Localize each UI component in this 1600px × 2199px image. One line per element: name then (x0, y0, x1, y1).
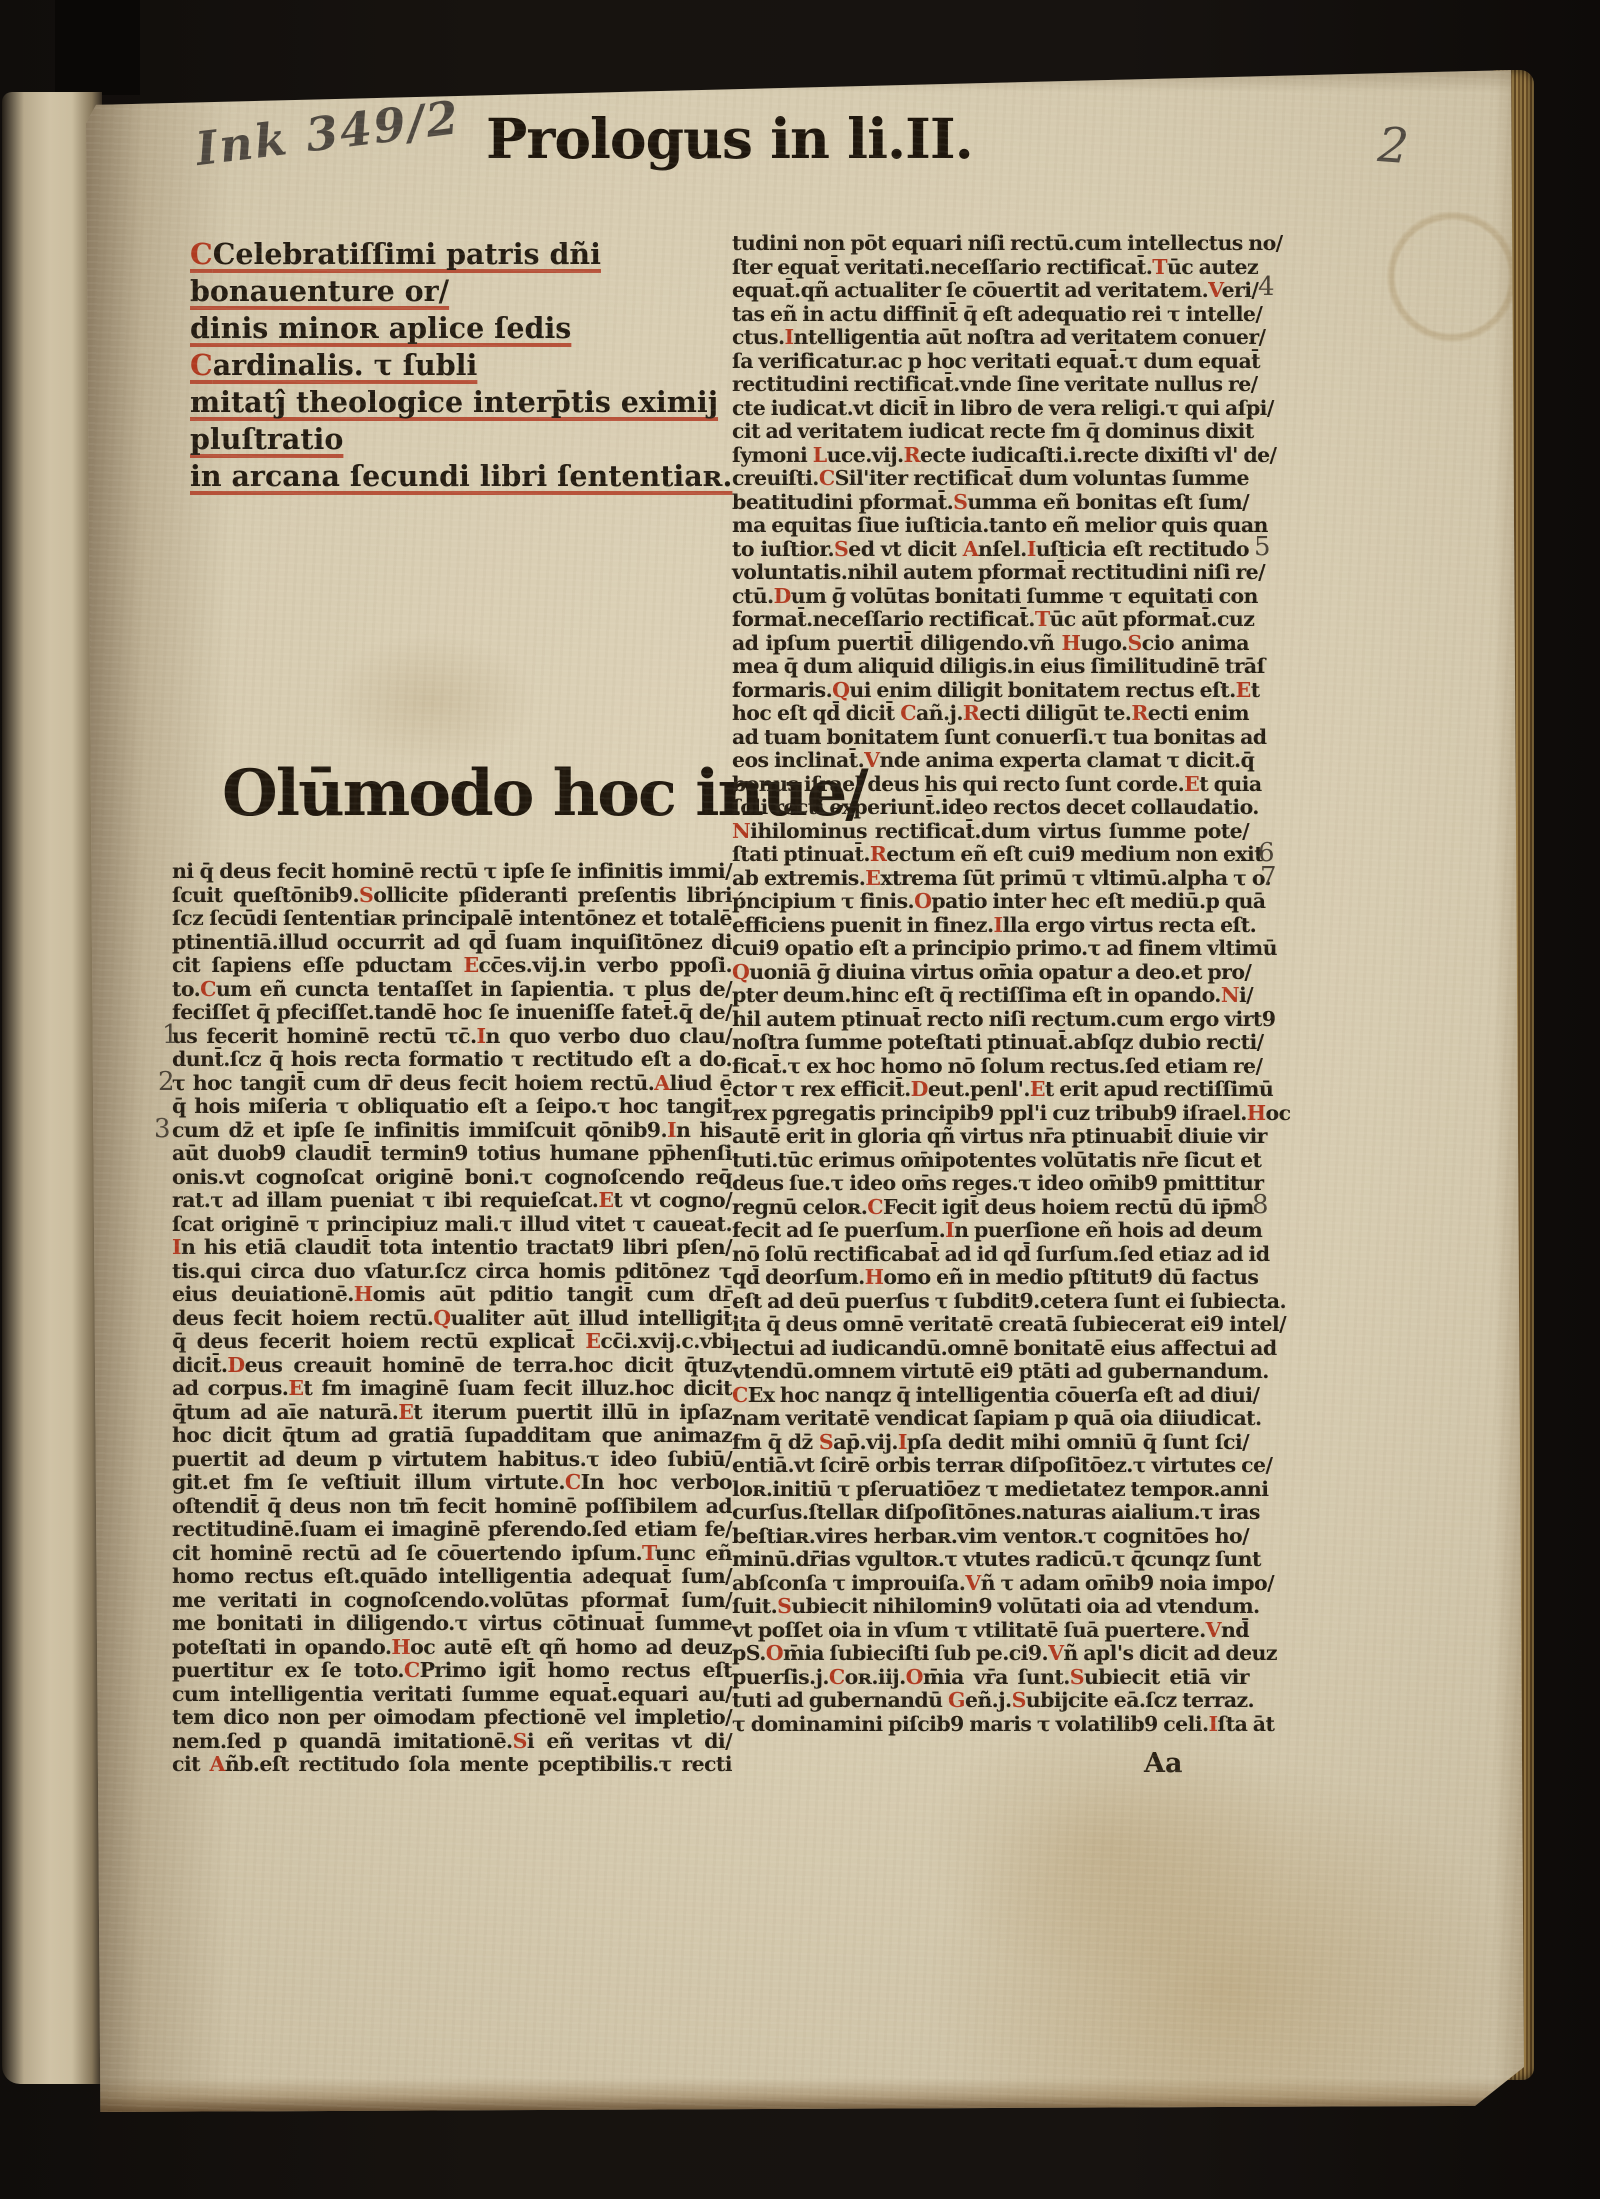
rubricated-letter: C (819, 466, 835, 490)
text-line: ctū.Dum ḡ volūtas bonitati ſumme τ equit… (732, 585, 1249, 609)
margin-number-8: 8 (1252, 1190, 1269, 1220)
rubricated-letter: I (994, 913, 1003, 937)
text-line: cui9 opatio eſt a principio primo.τ ad f… (732, 937, 1249, 961)
text-line: loʀ.initiū τ pſeruatiōez τ medietatez te… (732, 1478, 1249, 1502)
rubricated-letter: C (900, 701, 916, 725)
rubricated-letter: I (476, 1024, 485, 1048)
text-line: ſtati ptinuat̄.Rectum eñ eſt cui9 medium… (732, 843, 1249, 867)
text-line: dicit̄.Deus creauit hominē de terra.hoc … (172, 1354, 732, 1378)
text-line: efficiens puenit in finez.Illa ergo virt… (732, 914, 1249, 938)
rubricated-letter: E (398, 1400, 413, 1424)
text-line: onis.vt cognoſcat originē boni.τ cognoſc… (172, 1166, 732, 1190)
text-line: deus fecit hoiem rectū.Qualiter aūt illu… (172, 1307, 732, 1331)
text-line: puertitur ex ſe toto.CPrimo igit̄ homo r… (172, 1659, 732, 1683)
rubricated-letter: V (1206, 1618, 1221, 1642)
rubricated-letter: O (906, 1665, 923, 1689)
running-title: Prologus in li.II. (486, 106, 973, 171)
text-line: cum intelligentia veritati ſumme equat̄.… (172, 1683, 732, 1707)
text-line: us fecerit hominē rectū τc̄.In quo verbo… (172, 1025, 732, 1049)
rubricated-letter: I (172, 1235, 181, 1259)
text-line: Nihilominus rectificat̄.dum virtus ſumme… (732, 820, 1249, 844)
text-line: q̄ hois miſeria τ obliquatio eſt a ſeipo… (172, 1095, 732, 1119)
text-line: rectitudini rectificat̄.vnde ſine verita… (732, 373, 1249, 397)
rubricated-letter: V (864, 748, 879, 772)
rubricated-letter: S (1070, 1665, 1084, 1689)
text-line: qd̄ deorſum.Homo eñ in medio pſtitut9 dū… (732, 1266, 1249, 1290)
rubricated-letter: C (829, 1665, 845, 1689)
rubricated-letter: C (190, 348, 213, 382)
rubricated-letter: T (1035, 607, 1050, 631)
text-line: regnū celoʀ.CFecit igit̄ deus hoiem rect… (732, 1196, 1249, 1220)
facing-page-edge (2, 92, 102, 2084)
text-line: fm q̄ dz̄ Sap̄.vij.Ipſa dedit mihi omniū… (732, 1431, 1249, 1455)
text-line: noſtra ſumme poteſtati ptinuat̄.abſqz du… (732, 1031, 1249, 1055)
text-line: in arcana ſecundi libri ſententiaʀ. (190, 458, 738, 495)
text-line: mitatĵ theologice interp̄tis eximij pluſ… (190, 384, 738, 458)
text-line: eius deuiationē.Homis aūt pditio tangit̄… (172, 1283, 732, 1307)
rubricated-letter: I (898, 1430, 907, 1454)
rubricated-letter: H (354, 1282, 373, 1306)
text-line: voluntatis.nihil autem pformat̄ rectitud… (732, 561, 1249, 585)
text-line: cit ad veritatem iudicat recte fm q̄ dom… (732, 420, 1249, 444)
rubricated-letter: I (1027, 537, 1036, 561)
text-line: ad corpus.Et fm imaginē ſuam fecit illuz… (172, 1377, 732, 1401)
text-line: oſtendit̄ q̄ deus non tm̄ fecit hominē p… (172, 1495, 732, 1519)
text-line: ni q̄ deus fecit hominē rectū τ ipſe ſe … (172, 860, 732, 884)
rubricated-letter: T (1152, 255, 1167, 279)
text-line: ctus.Intelligentia aūt noſtra ad veritat… (732, 326, 1249, 350)
text-line: mea q̄ dum aliquid diligis.in eius ſimil… (732, 655, 1249, 679)
text-line: minū.dr̄ias vgultoʀ.τ vtutes radicū.τ q̄… (732, 1548, 1249, 1572)
text-line: CEx hoc nanqz q̄ intelligentia cōuerſa e… (732, 1384, 1249, 1408)
text-line: eos inclinat̄.Vnde anima experta clamat … (732, 749, 1249, 773)
rubricated-letter: E (288, 1376, 303, 1400)
text-line: CCelebratiſſimi patris dñi bonauenture o… (190, 236, 738, 310)
text-line: nam veritatē vendicat ſapiam p quā oia d… (732, 1407, 1249, 1431)
rubricated-letter: A (963, 537, 978, 561)
rubricated-letter: H (865, 1265, 884, 1289)
text-line: ſcuit queſtōnib9.Sollicite pſideranti pr… (172, 884, 732, 908)
text-line: q̄tum ad aīe naturā.Et iterum puertit il… (172, 1401, 732, 1425)
text-line: ma equitas ſiue iuſticia.tanto eñ melior… (732, 514, 1249, 538)
rubricated-letter: L (813, 443, 827, 467)
rubricated-letter: H (1061, 631, 1080, 655)
rubricated-letter: S (1128, 631, 1142, 655)
text-line: puertit ad deum p virtutem habitus.τ ide… (172, 1448, 732, 1472)
text-line: rectitudinē.ſuam ei imaginē pferendo.ſed… (172, 1518, 732, 1542)
text-line: cit ſapiens eſſe pductam Ecc̄es.vij.in v… (172, 954, 732, 978)
rubricated-letter: I (785, 325, 794, 349)
text-line: cit hominē rectū ad ſe cōuertendo ipſum.… (172, 1542, 732, 1566)
text-line: vtendū.omnem virtutē ei9 ptāti ad gubern… (732, 1360, 1249, 1384)
text-line: feciſſet q̄ pfeciſſet.tandē hoc ſe inuen… (172, 1001, 732, 1025)
text-line: ptinentiā.illud occurrit ad qd̄ ſuam inq… (172, 931, 732, 955)
text-line: deus ſue.τ ideo om̄s reges.τ ideo om̄ib9… (732, 1172, 1249, 1196)
text-line: poteſtati in opando.Hoc autē eſt qñ homo… (172, 1636, 732, 1660)
binding-shadow (55, 0, 140, 95)
margin-number-7: 7 (1260, 862, 1277, 892)
text-line: cte iudicat.vt dicit̄ in libro de vera r… (732, 397, 1249, 421)
text-line: aūt duob9 claudit̄ termin9 totius humane… (172, 1142, 732, 1166)
text-line: bonus iſrael deus his qui recto ſunt cor… (732, 773, 1249, 797)
rubricated-letter: A (210, 1752, 225, 1776)
rubricated-letter: V (1048, 1641, 1063, 1665)
text-line: entiā.vt ſcirē orbis terraʀ diſpoſitōez.… (732, 1454, 1249, 1478)
text-line: ab extremis.Extrema ſūt primū τ vltimū.a… (732, 867, 1249, 891)
text-line: ctor τ rex efficit̄.Deut.penl'.Et erit a… (732, 1078, 1249, 1102)
rubricated-letter: N (1221, 983, 1239, 1007)
text-line: ita q̄ deus omnē veritatē creatā ſubiece… (732, 1313, 1249, 1337)
rubricated-letter: E (598, 1188, 613, 1212)
rubricated-letter: E (1236, 678, 1251, 702)
text-line: hil autem ptinuat̄ recto niſi rectum.cum… (732, 1008, 1249, 1032)
rubricated-letter: S (834, 537, 848, 561)
text-line: dunt̄.ſcz q̄ hois recta formatio τ recti… (172, 1048, 732, 1072)
text-line: tem dico non per oimodam pfectionē vel i… (172, 1706, 732, 1730)
rubricated-letter: R (870, 842, 886, 866)
text-line: In his etiā claudit̄ tota intentio tract… (172, 1236, 732, 1260)
text-line: cum dz̄ et ipſe ſe infinitis immiſcuit q… (172, 1119, 732, 1143)
rubricated-letter: I (1209, 1712, 1218, 1736)
rubricated-letter: I (945, 1218, 954, 1242)
rubricated-letter: S (513, 1729, 527, 1753)
text-line: dinis minoʀ aplice ſedis Cardinalis. τ ſ… (190, 310, 738, 384)
folio-number: 2 (1376, 117, 1410, 175)
text-line: nem.ſed p quandā imitationē.Si eñ verita… (172, 1730, 732, 1754)
text-line: ſuit.Subiecit nihilomin9 volūtati oia ad… (732, 1595, 1249, 1619)
rubricated-letter: E (1184, 772, 1199, 796)
margin-number-4: 4 (1258, 272, 1275, 302)
text-line: nō ſolū rectificabat̄ ad id qd̄ ſurſum.ſ… (732, 1243, 1249, 1267)
text-line: beſtiaʀ.vires herbaʀ.vim ventoʀ.τ cognit… (732, 1525, 1249, 1549)
text-line: me bonitati in diligendo.τ virtus cōtinu… (172, 1612, 732, 1636)
rubricated-letter: C (732, 1383, 748, 1407)
text-line: equat̄.qñ actualiter ſe cōuertit ad veri… (732, 279, 1249, 303)
rubricated-letter: C (190, 237, 213, 271)
text-line: homo rectus eſt.quādo intelligentia adeq… (172, 1565, 732, 1589)
text-line: ad tuam bonitatem ſunt conuerſi.τ tua bo… (732, 726, 1249, 750)
text-line: ṕncipium τ finis.Opatio inter hec eſt me… (732, 890, 1249, 914)
rubricated-letter: D (774, 584, 791, 608)
rubricated-letter: E (463, 953, 478, 977)
rubricated-letter: R (904, 443, 920, 467)
text-column-left: ni q̄ deus fecit hominē rectū τ ipſe ſe … (172, 860, 732, 1777)
text-line: me veritati in cognoſcendo.volūtas pform… (172, 1589, 732, 1613)
rubricated-letter: H (1247, 1101, 1266, 1125)
rubricated-letter: R (963, 701, 979, 725)
text-column-right: tudini non pōt equari niſi rectū.cum int… (732, 232, 1249, 1736)
text-line: ſa verificatur.ac p hoc veritati equat̄.… (732, 350, 1249, 374)
text-line: vt poſſet oia in vſum τ vtilitatē ſuā pu… (732, 1619, 1249, 1643)
rubricated-letter: T (642, 1541, 655, 1565)
text-line: ſcat originē τ principiuz mali.τ illud v… (172, 1213, 732, 1237)
text-line: τ hoc tangit̄ cum dr̄ deus fecit hoiem r… (172, 1072, 732, 1096)
text-line: lectui ad iudicandū.omnē bonitatē eius a… (732, 1337, 1249, 1361)
rubricated-letter: D (227, 1353, 244, 1377)
text-line: curſus.ſtellaʀ diſpoſitōnes.naturas aial… (732, 1501, 1249, 1525)
book-page: Ink 349/2 Prologus in li.II. 2 CCelebrat… (86, 66, 1524, 2112)
rubricated-letter: Q (732, 960, 749, 984)
rubricated-letter: O (766, 1641, 783, 1665)
rubric-heading: CCelebratiſſimi patris dñi bonauenture o… (190, 236, 738, 495)
text-line: ficat̄.τ ex hoc homo nō ſolum rectus.ſed… (732, 1055, 1249, 1079)
rubricated-letter: O (914, 889, 931, 913)
text-line: eſt ad deū puerſus τ ſubdit9.cetera ſunt… (732, 1290, 1249, 1314)
rubricated-letter: S (1012, 1688, 1026, 1712)
margin-number-2: 2 (158, 1067, 175, 1097)
text-line: ſoli recti experiunt̄.ideo rectos decet … (732, 796, 1249, 820)
text-line: fecit ad ſe puerſum.In puerſione eñ hois… (732, 1219, 1249, 1243)
rubricated-letter: D (911, 1077, 928, 1101)
text-line: tis.qui circa duo vſatur.ſcz circa homis… (172, 1260, 732, 1284)
handwritten-shelfmark: Ink 349/2 (193, 90, 463, 176)
rubricated-letter: R (1131, 701, 1147, 725)
text-line: abſconſa τ improuiſa.Vñ τ adam om̄ib9 no… (732, 1572, 1249, 1596)
text-line: pS.Om̄ia ſubieciſti ſub pe.ci9.Vñ apl's … (732, 1642, 1249, 1666)
rubricated-letter: H (391, 1635, 410, 1659)
rubricated-letter: C (867, 1195, 883, 1219)
text-line: formaris.Qui enim diligit bonitatem rect… (732, 679, 1249, 703)
text-line: Quoniā ḡ diuina virtus om̄ia opatur a de… (732, 961, 1249, 985)
margin-number-5: 5 (1254, 532, 1271, 562)
rubricated-letter: I (667, 1118, 676, 1142)
rubricated-letter: A (654, 1071, 669, 1095)
text-line: beatitudini pformat̄.Summa eñ bonitas eſ… (732, 491, 1249, 515)
rubricated-letter: G (948, 1688, 965, 1712)
text-line: hoc dicit q̄tum ad gratiā ſupadditam que… (172, 1424, 732, 1448)
margin-number-3: 3 (154, 1114, 171, 1144)
rubricated-letter: V (1208, 278, 1221, 302)
quire-signature: Aa (1144, 1748, 1182, 1779)
rubricated-letter: E (585, 1329, 600, 1353)
rubricated-letter: N (732, 819, 750, 843)
text-line: pter deum.hinc eſt q̄ rectiſſima eſt in … (732, 984, 1249, 1008)
rubricated-letter: S (777, 1594, 791, 1618)
text-line: autē erit in gloria qñ virtus nr̄a ptinu… (732, 1125, 1249, 1149)
rubricated-letter: S (359, 883, 373, 907)
rubricated-letter: Q (433, 1306, 450, 1330)
rubricated-letter: C (404, 1658, 420, 1682)
rubricated-letter: E (1030, 1077, 1045, 1101)
text-line: ad ipſum puertit̄ diligendo.vñ Hugo.Scio… (732, 632, 1249, 656)
text-line: rex pgregatis principib9 ppl'i cuz tribu… (732, 1102, 1249, 1126)
text-line: hoc eſt qd̄ dicit̄ Cañ.j.Recti diligūt t… (732, 702, 1249, 726)
text-line: creuiſti.CSil'iter rectificat̄ dum volun… (732, 467, 1249, 491)
rubricated-letter: S (819, 1430, 833, 1454)
margin-number-1: 1 (162, 1020, 179, 1050)
text-line: ſter equat̄ veritati.neceſſario rectific… (732, 256, 1249, 280)
rubricated-letter: E (865, 866, 880, 890)
rubricated-letter: S (953, 490, 967, 514)
text-line: tuti ad gubernandū Geñ.j.Subijcite eā.ſc… (732, 1689, 1249, 1713)
text-line: tuti.tūc erimus om̄ipotentes volūtatis n… (732, 1149, 1249, 1173)
text-line: ſcz ſecūdi ſententiaʀ principalē intentō… (172, 907, 732, 931)
text-line: tas eñ in actu diffinit̄ q̄ eſt adequati… (732, 303, 1249, 327)
rubricated-letter: C (565, 1470, 581, 1494)
text-line: q̄ deus fecerit hoiem rectū explicat̄ Ec… (172, 1330, 732, 1354)
text-line: puerſis.j.Coʀ.iij.Om̄ia vr̄a ſunt.Subiec… (732, 1666, 1249, 1690)
text-line: τ dominamini piſcib9 maris τ volatilib9 … (732, 1713, 1249, 1737)
text-line: to.Cum eñ cuncta tentaſſet in ſapientia.… (172, 978, 732, 1002)
text-line: cit Añb.eſt rectitudo ſola mente pceptib… (172, 1753, 732, 1777)
text-line: format̄.neceſſario rectificat̄.Tūc aūt p… (732, 608, 1249, 632)
text-line: tudini non pōt equari niſi rectū.cum int… (732, 232, 1249, 256)
text-line: rat.τ ad illam pueniat τ ibi requieſcat.… (172, 1189, 732, 1213)
text-line: git.et fm ſe veſtiuit illum virtute.CIn … (172, 1471, 732, 1495)
rubricated-letter: V (965, 1571, 980, 1595)
rubricated-letter: C (200, 977, 216, 1001)
text-line: to iuſtior.Sed vt dicit Anſel.Iuſticia e… (732, 538, 1249, 562)
rubricated-letter: Q (832, 678, 849, 702)
text-line: ſymoni Luce.vij.Recte iudicaſti.i.recte … (732, 444, 1249, 468)
